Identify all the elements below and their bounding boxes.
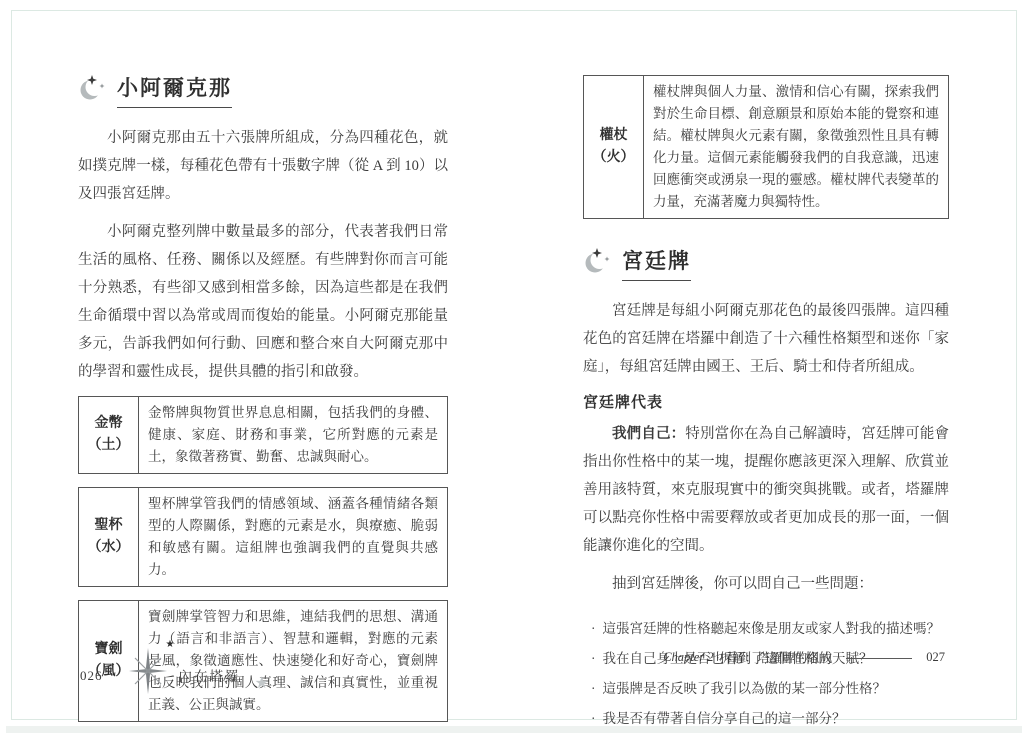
bullet-dot: · — [591, 680, 596, 697]
question-text: 這張宮廷牌的性格聽起來像是朋友或家人對我的描述嗎？ — [603, 620, 941, 637]
question-item: · 這張宮廷牌的性格聽起來像是朋友或家人對我的描述嗎？ — [583, 620, 949, 637]
suit-name: 金幣 — [95, 413, 123, 435]
question-item: · 這張牌是否反映了我引以為傲的某一部分性格？ — [583, 680, 949, 697]
left-page-footer: 026 ★ 內在塔羅 ★ — [80, 641, 269, 697]
question-item: · 我是否有帶著自信分享自己的這一部分？ — [583, 710, 949, 727]
suit-table-wands: 權杖 （火） 權杖牌與個人力量、激情和信心有關，探索我們對於生命目標、創意願景和… — [583, 75, 949, 219]
suit-label: 聖杯 （水） — [79, 488, 139, 586]
paragraph-lead: 我們自己： — [612, 426, 685, 442]
suit-table-pentacles: 金幣 （土） 金幣牌與物質世界息息相關，包括我們的身體、健康、家庭、財務和事業，… — [78, 396, 448, 474]
question-text: 我是否有帶著自信分享自己的這一部分？ — [603, 710, 846, 727]
right-page-number: 027 — [926, 650, 945, 665]
suit-label: 金幣 （土） — [79, 397, 139, 473]
paragraph-ourselves: 我們自己：特別當你在為自己解讀時，宮廷牌可能會指出你性格中的某一塊，提醒你應該更… — [583, 420, 949, 560]
suit-element: （土） — [88, 435, 130, 457]
left-section-heading: 小阿爾克那 — [78, 72, 448, 108]
section-title-minor-arcana: 小阿爾克那 — [117, 72, 232, 108]
bullet-dot: · — [591, 620, 596, 637]
right-page-footer: Chapter 2 ·拆解：塔羅牌的組成 027 — [663, 648, 945, 666]
chapter-label: Chapter 2 — [663, 650, 713, 665]
paragraph: 宮廷牌是每組小阿爾克那花色的最後四張牌。這四種花色的宮廷牌在塔羅中創造了十六種性… — [583, 297, 949, 381]
suit-element: （水） — [88, 537, 130, 559]
suit-element: （火） — [593, 147, 635, 169]
paragraph: 小阿爾克整列牌中數量最多的部分，代表著我們日常生活的風格、任務、關係以及經歷。有… — [78, 218, 448, 386]
book-title: 內在塔羅 — [179, 665, 241, 685]
suit-label: 權杖 （火） — [584, 76, 644, 218]
right-section-heading: 宮廷牌 — [583, 245, 949, 281]
suit-name: 權杖 — [600, 125, 628, 147]
section-title-court-cards: 宮廷牌 — [622, 245, 691, 281]
left-page-number: 026 — [80, 668, 103, 684]
suit-table-cups: 聖杯 （水） 聖杯牌掌管我們的情感領域、涵蓋各種情緒各類型的人際關係，對應的元素… — [78, 487, 448, 587]
suit-description: 聖杯牌掌管我們的情感領域、涵蓋各種情緒各類型的人際關係，對應的元素是水，與療癒、… — [139, 488, 447, 586]
chapter-title: ·拆解：塔羅牌的組成 — [716, 648, 833, 666]
question-text: 這張牌是否反映了我引以為傲的某一部分性格？ — [603, 680, 887, 697]
question-intro: 抽到宮廷牌後，你可以問自己一些問題： — [583, 570, 949, 598]
crescent-moon-star-icon — [583, 246, 613, 276]
suit-name: 聖杯 — [95, 515, 123, 537]
subheading-court-cards-represent: 宮廷牌代表 — [583, 391, 949, 412]
crescent-moon-star-icon — [78, 73, 108, 103]
small-black-star-icon: ★ — [166, 639, 175, 650]
sparkle-starburst-icon: ★ — [125, 641, 173, 697]
footer-rule — [846, 658, 912, 659]
bullet-dot: · — [591, 710, 596, 727]
paragraph-body: 特別當你在為自己解讀時，宮廷牌可能會指出你性格中的某一塊，提醒你應該更深入理解、… — [583, 426, 949, 554]
right-page: 權杖 （火） 權杖牌與個人力量、激情和信心有關，探索我們對於生命目標、創意願景和… — [583, 75, 949, 733]
suit-description: 金幣牌與物質世界息息相關，包括我們的身體、健康、家庭、財務和事業，它所對應的元素… — [139, 397, 447, 473]
left-page: 小阿爾克那 小阿爾克那由五十六張牌所組成，分為四種花色，就如撲克牌一樣，每種花色… — [78, 72, 448, 733]
suit-description: 權杖牌與個人力量、激情和信心有關，探索我們對於生命目標、創意願景和原始本能的覺察… — [644, 76, 948, 218]
paragraph: 小阿爾克那由五十六張牌所組成，分為四種花色，就如撲克牌一樣，每種花色帶有十張數字… — [78, 124, 448, 208]
small-gray-star-icon: ★ — [255, 673, 269, 693]
bullet-dot: · — [591, 650, 596, 667]
